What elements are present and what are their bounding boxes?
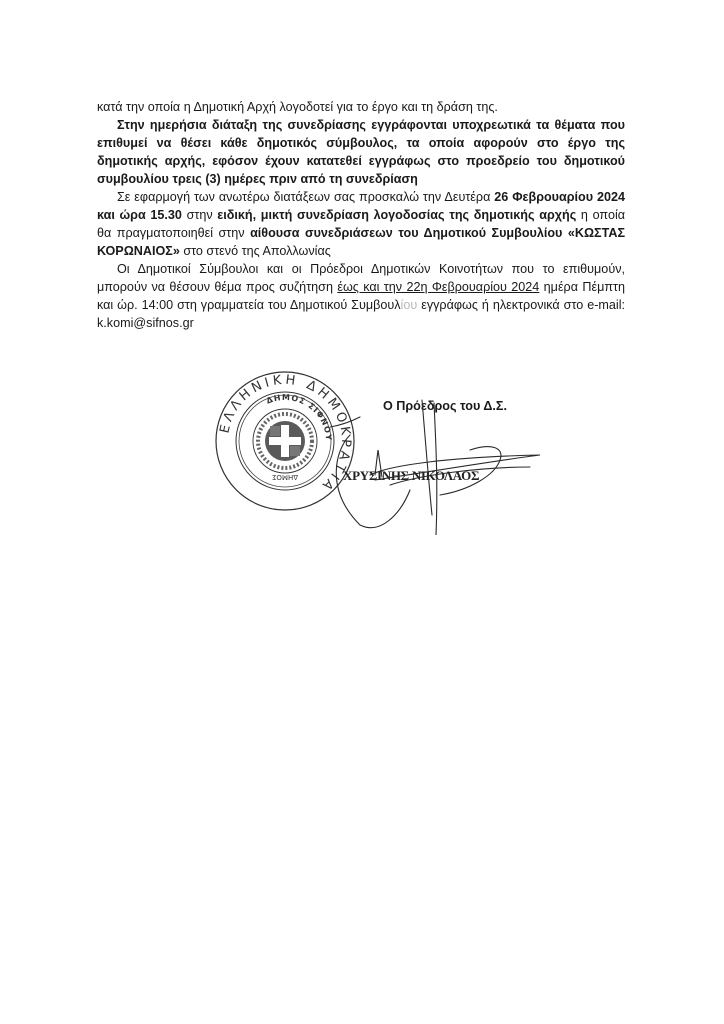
text-run: Σε εφαρμογή των ανωτέρω διατάξεων σας πρ… [117, 190, 494, 204]
text-run: Στην ημερήσια διάταξη της συνεδρίασης εγ… [97, 118, 625, 186]
paragraph: Στην ημερήσια διάταξη της συνεδρίασης εγ… [97, 116, 625, 188]
text-run: κατά την οποία η Δημοτική Αρχή λογοδοτεί… [97, 100, 498, 114]
document-page: κατά την οποία η Δημοτική Αρχή λογοδοτεί… [0, 0, 724, 1024]
invitation-body: κατά την οποία η Δημοτική Αρχή λογοδοτεί… [97, 98, 625, 332]
stamp-bottom-text: ΔΗΜΟΣ [272, 473, 298, 481]
text-run: στην [182, 208, 217, 222]
municipal-stamp: ΕΛΛΗΝΙΚΗ ΔΗΜΟΚΡΑΤΙΑ ΔΗΜΟΣ ΣΙΦΝΟΥ ΔΗΜΟΣ [214, 370, 356, 512]
signatory-name: ΧΡΥΣΙΝΗΣ ΝΙΚΟΛΑΟΣ [343, 468, 479, 484]
greek-cross-wreath-icon [258, 414, 312, 468]
handwritten-signature [330, 395, 560, 535]
text-run: στο στενό της Απολλωνίας [180, 244, 331, 258]
underlined-deadline: έως και την 22η Φεβρουαρίου 2024 [337, 280, 539, 294]
text-run: ειδική, μικτή συνεδρίαση λογοδοσίας της … [217, 208, 576, 222]
paragraph: Σε εφαρμογή των ανωτέρω διατάξεων σας πρ… [97, 188, 625, 260]
text-run: ίου [401, 298, 418, 312]
paragraph: κατά την οποία η Δημοτική Αρχή λογοδοτεί… [97, 98, 625, 116]
paragraph: Οι Δημοτικοί Σύμβουλοι και οι Πρόεδροι Δ… [97, 260, 625, 332]
signatory-title: Ο Πρόεδρος του Δ.Σ. [383, 399, 507, 413]
